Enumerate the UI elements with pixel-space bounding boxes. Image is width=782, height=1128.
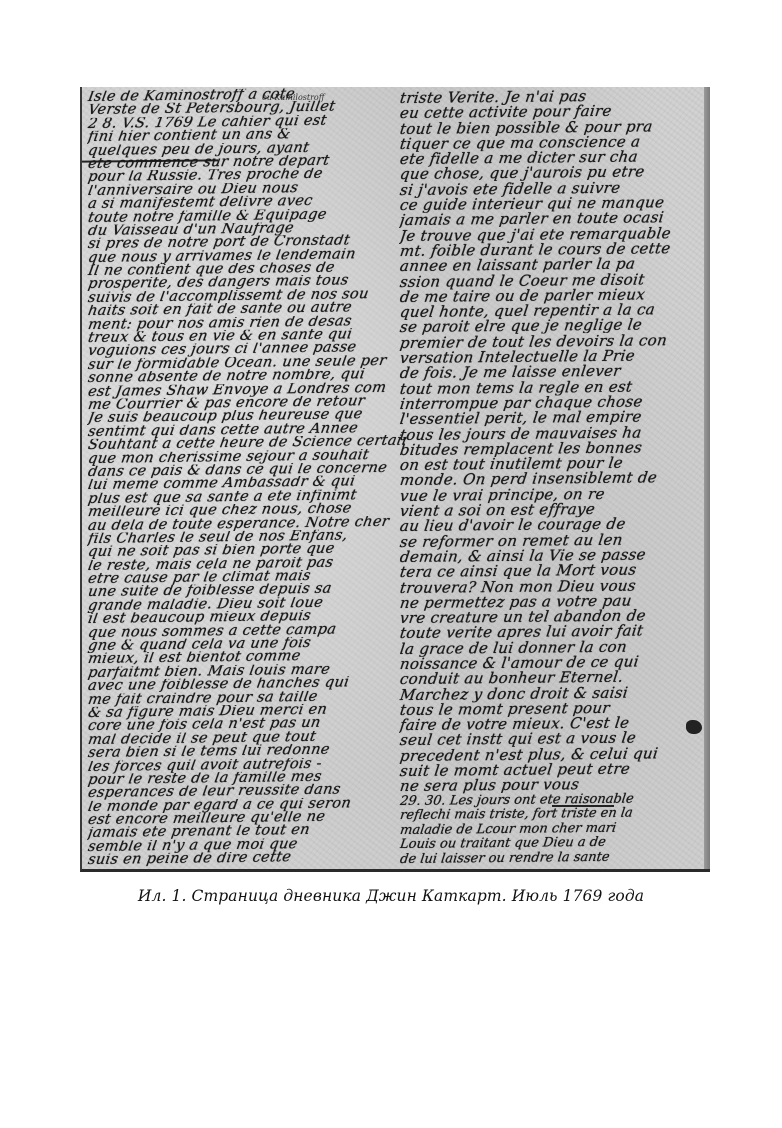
handwritten-line: suis en peine de dire cette: [87, 850, 408, 868]
manuscript-right-column: triste Verite. Je n'ai paseu cette activ…: [400, 91, 708, 867]
handwritten-line: de lui laisser ou rendre la sante: [399, 849, 709, 867]
figure-caption: Ил. 1. Страница дневника Джин Каткарт. И…: [0, 887, 782, 905]
manuscript-photograph: ou Kamilostroff Isle de Kaminostroff a c…: [80, 87, 710, 872]
manuscript-left-column: Isle de Kaminostroff a coteVerste de St …: [88, 91, 406, 868]
